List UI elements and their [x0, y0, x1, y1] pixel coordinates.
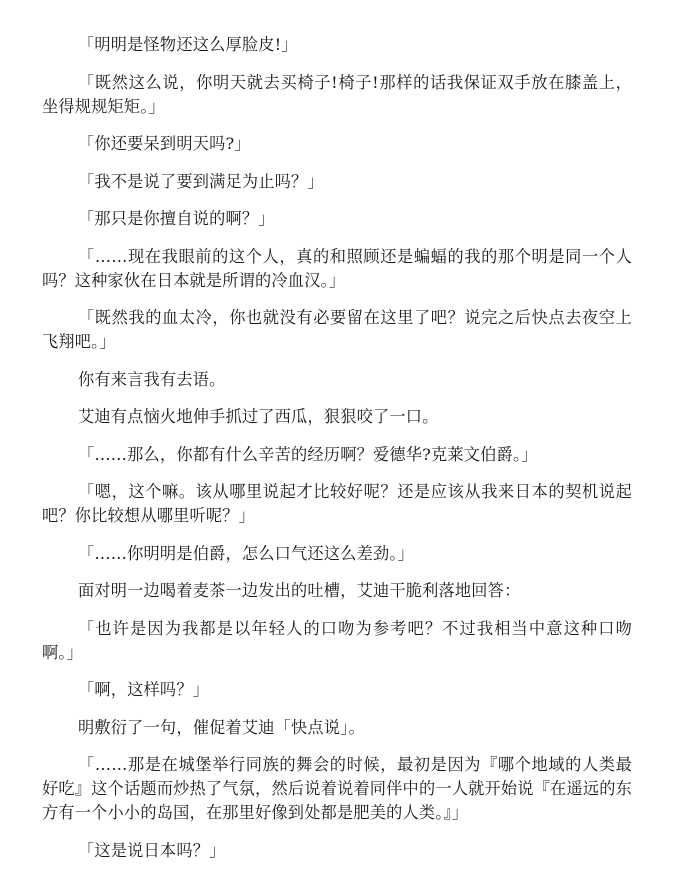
paragraph-16: 明敷衍了一句，催促着艾迪「快点说」。: [42, 716, 632, 740]
paragraph-13: 面对明一边喝着麦茶一边发出的吐槽，艾迪干脆利落地回答：: [42, 579, 632, 603]
paragraph-6: 「……现在我眼前的这个人，真的和照顾还是蝙蝠的我的那个明是同一个人吗？这种家伙在…: [42, 245, 632, 293]
document-page: 「明明是怪物还这么厚脸皮!」 「既然这么说，你明天就去买椅子!椅子!那样的话我保…: [42, 33, 632, 876]
paragraph-10: 「……那么，你都有什么辛苦的经历啊？爱德华?克莱文伯爵。」: [42, 443, 632, 467]
paragraph-5: 「那只是你擅自说的啊？」: [42, 207, 632, 231]
paragraph-14: 「也许是因为我都是以年轻人的口吻为参考吧？不过我相当中意这种口吻啊。」: [42, 617, 632, 665]
paragraph-2: 「既然这么说，你明天就去买椅子!椅子!那样的话我保证双手放在膝盖上，坐得规规矩矩…: [42, 71, 632, 119]
paragraph-12: 「……你明明是伯爵，怎么口气还这么差劲。」: [42, 542, 632, 566]
paragraph-8: 你有来言我有去语。: [42, 368, 632, 392]
paragraph-3: 「你还要呆到明天吗?」: [42, 132, 632, 156]
paragraph-7: 「既然我的血太冷，你也就没有必要留在这里了吧？说完之后快点去夜空上飞翔吧。」: [42, 306, 632, 354]
paragraph-4: 「我不是说了要到满足为止吗？」: [42, 170, 632, 194]
paragraph-18: 「这是说日本吗？」: [42, 839, 632, 863]
paragraph-15: 「啊，这样吗？」: [42, 678, 632, 702]
paragraph-11: 「嗯，这个嘛。该从哪里说起才比较好呢？还是应该从我来日本的契机说起吧？你比较想从…: [42, 480, 632, 528]
paragraph-1: 「明明是怪物还这么厚脸皮!」: [42, 33, 632, 57]
paragraph-17: 「……那是在城堡举行同族的舞会的时候，最初是因为『哪个地域的人类最好吃』这个话题…: [42, 753, 632, 825]
paragraph-9: 艾迪有点恼火地伸手抓过了西瓜，狠狠咬了一口。: [42, 405, 632, 429]
